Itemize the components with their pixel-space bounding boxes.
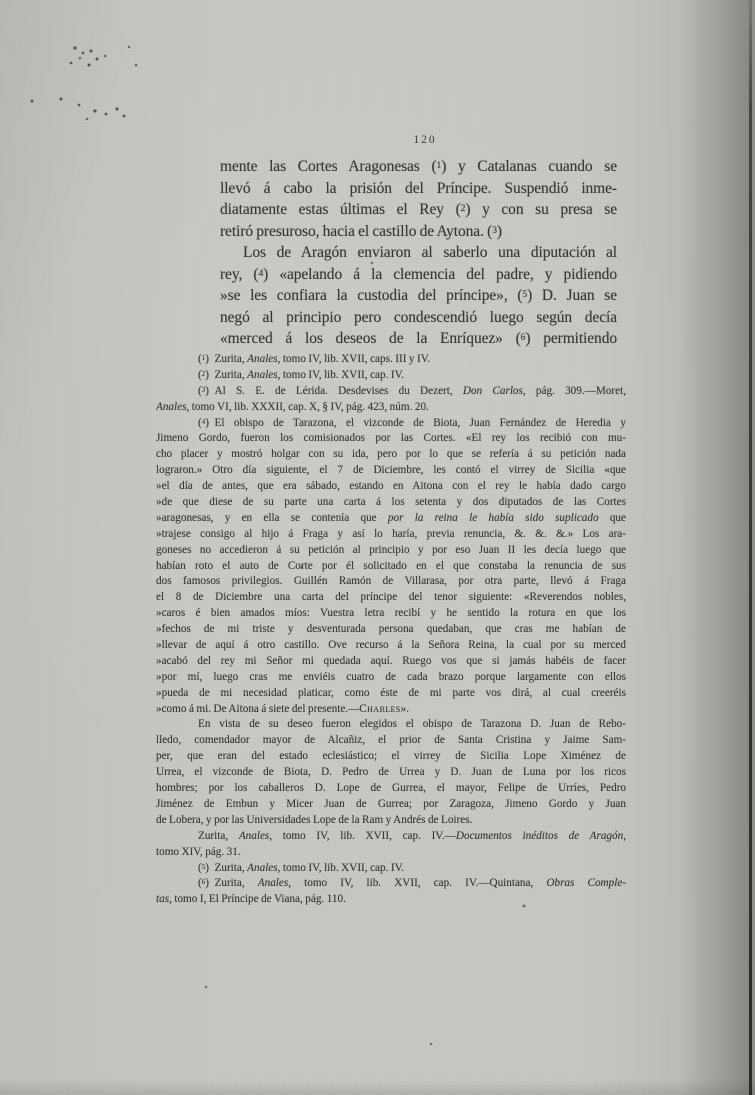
text-line: hombres; por los caballeros D. Lope de G… (156, 781, 626, 797)
text-line: (1) Zurita, Anales, tomo IV, lib. XVII, … (156, 352, 626, 368)
text-line: mente las Cortes Aragonesas (1) y Catala… (220, 156, 617, 178)
footnote-ref: (5) (517, 287, 532, 304)
text-line: «merced á los deseos de la Enríquez» (6)… (220, 328, 617, 350)
footnote-ref: (2) (198, 369, 209, 381)
page-edge-shadow (679, 0, 749, 1095)
scanned-page: 120 mente las Cortes Aragonesas (1) y Ca… (0, 0, 755, 1095)
text-line: (4) El obispo de Tarazona, el vizconde d… (156, 416, 626, 432)
text-line: cho placer y mostró holgar con su ida, p… (156, 447, 626, 463)
page-number: 120 (402, 134, 448, 146)
text-line: (5) Zurita, Anales, tomo IV, lib. XVII, … (156, 861, 626, 877)
text-line: Los de Aragón enviaron al saberlo una di… (220, 242, 617, 264)
text-line: Anales, tomo VI, lib. XXXII, cap. X, § I… (156, 400, 626, 416)
body-text: mente las Cortes Aragonesas (1) y Catala… (220, 156, 617, 350)
footnote-ref: (4) (253, 266, 268, 283)
footnote-ref: (6) (198, 877, 209, 889)
text-line: goneses no accedieron á su petición al p… (156, 543, 626, 559)
text-line: »caros é bien amados míos: Vuestra letra… (156, 606, 626, 622)
text-line: »como á mi. De Aitona á siete del presen… (156, 702, 626, 718)
text-line: »se les confiara la custodia del príncip… (220, 285, 617, 307)
footnote-ref: (3) (198, 385, 209, 397)
text-line: Jiménez de Embun y Micer Juan de Gurrea;… (156, 797, 626, 813)
text-line: dos famosos privilegios. Guillén Ramón d… (156, 574, 626, 590)
text-line: lograron.» Otro día siguiente, el 7 de D… (156, 463, 626, 479)
text-line: negó al principio pero condescendió lueg… (220, 307, 617, 329)
text-line: Urrea, el vizconde de Biota, D. Pedro de… (156, 765, 626, 781)
text-line: »el día de antes, que era sábado, estand… (156, 479, 626, 495)
text-line: (6) Zurita, Anales, tomo IV, lib. XVII, … (156, 876, 626, 892)
text-line: En vista de su deseo fueron elegidos el … (156, 717, 626, 733)
paper-speckles (0, 0, 2, 2)
text-line: tas, tomo I, El Príncipe de Viana, pág. … (156, 892, 626, 908)
footnote-ref: (6) (516, 330, 531, 347)
text-line: (3) Al S. E. de Lérida. Desdevises du De… (156, 384, 626, 400)
footnote-ref: (4) (198, 417, 209, 429)
text-line: lledo, comendador mayor de Alcañiz, el p… (156, 733, 626, 749)
text-line: llevó á cabo la prisión del Príncipe. Su… (220, 178, 617, 200)
text-line: Jimeno Gordo, fueron los comisionados po… (156, 431, 626, 447)
footnote-ref: (2) (456, 201, 471, 218)
text-line: Zurita, Anales, tomo IV, lib. XVII, cap.… (156, 829, 626, 845)
text-line: retiró presuroso, hacia el castillo de A… (220, 221, 617, 243)
footnote-ref: (3) (487, 223, 502, 240)
text-line: »pueda de mi necesidad platicar, como és… (156, 686, 626, 702)
text-line: de Lobera, y por las Universidades Lope … (156, 813, 626, 829)
text-line: »de que diese de su parte una carta á lo… (156, 495, 626, 511)
footnotes: (1) Zurita, Anales, tomo IV, lib. XVII, … (156, 352, 626, 908)
footnote-ref: (1) (198, 353, 209, 365)
text-line: per, que eran del estado eclesiástico; e… (156, 749, 626, 765)
footnote-ref: (5) (198, 862, 209, 874)
text-line: diatamente estas últimas el Rey (2) y co… (220, 199, 617, 221)
text-line: »llevar de aquí á otro castillo. Ove rec… (156, 638, 626, 654)
text-line: »acabó del rey mi Señor mi quedada aquí.… (156, 654, 626, 670)
text-line: »aragonesas, y en ella se contenía que p… (156, 511, 626, 527)
text-line: (2) Zurita, Anales, tomo IV, lib. XVII, … (156, 368, 626, 384)
footnote-ref: (1) (431, 158, 446, 175)
text-line: tomo XIV, pág. 31. (156, 845, 626, 861)
text-line: »por mí, luego cras me enviéis cuatro de… (156, 670, 626, 686)
text-line: el 8 de Diciembre una carta del príncipe… (156, 590, 626, 606)
text-line: habían roto el auto de Corte por él soli… (156, 559, 626, 575)
text-line: »trajese consigo al hijo á Fraga y así l… (156, 527, 626, 543)
text-line: »fechos de mi triste y desventurada pers… (156, 622, 626, 638)
page-bottom-shadow (0, 1079, 755, 1095)
text-line: rey, (4) «apelando á la clemencia del pa… (220, 264, 617, 286)
